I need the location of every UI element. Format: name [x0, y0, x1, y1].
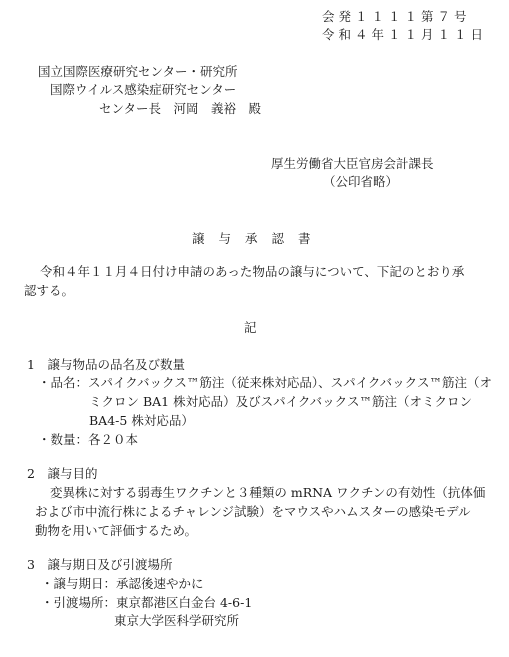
- addressee-person: センター長 河岡 義裕 殿: [99, 101, 261, 117]
- ki-heading: 記: [244, 320, 257, 336]
- section1-item-quantity: ・数量：各２０本: [38, 432, 138, 448]
- document-title: 譲与承認書: [192, 231, 325, 247]
- document-date: 令和４年１１月１１日: [322, 27, 487, 43]
- section2-body-line2: および市中流行株によるチャレンジ試験）をマウスやハムスターの感染モデル: [35, 504, 471, 520]
- section3-delivery-place: ・引渡場所：東京都港区白金台 4-6-1: [41, 595, 252, 611]
- intro-line1: 令和４年１１月４日付け申請のあった物品の譲与について、下記のとおり承: [40, 264, 464, 280]
- section2-body-line1: 変異株に対する弱毒生ワクチンと３種類の mRNA ワクチンの有効性（抗体価: [50, 485, 485, 501]
- section1-heading: 1 譲与物品の品名及び数量: [27, 357, 185, 373]
- section3-heading: 3 譲与期日及び引渡場所: [27, 557, 172, 573]
- intro-line2: 認する。: [24, 283, 74, 299]
- document-number: 会発１１１１第７号: [322, 9, 471, 25]
- seal-note: （公印省略）: [323, 174, 398, 190]
- sender-title: 厚生労働省大臣官房会計課長: [271, 156, 434, 172]
- section2-body-line3: 動物を用いて評価するため。: [35, 523, 197, 539]
- addressee-org-line2: 国際ウイルス感染症研究センター: [50, 82, 236, 98]
- section3-delivery-place-line2: 東京大学医科学研究所: [114, 613, 239, 629]
- section1-item-name-line3: BA4-5 株対応品）: [89, 413, 194, 429]
- addressee-org-line1: 国立国際医療研究センター・研究所: [38, 64, 238, 80]
- section1-item-name-line2: ミクロン BA1 株対応品）及びスパイクバックス™筋注（オミクロン: [89, 394, 472, 410]
- section1-item-name-line1: ・品名：スパイクバックス™筋注（従来株対応品）、スパイクバックス™筋注（オ: [38, 375, 492, 391]
- section3-transfer-date: ・譲与期日：承認後速やかに: [41, 576, 204, 592]
- section2-heading: 2 譲与目的: [27, 466, 97, 482]
